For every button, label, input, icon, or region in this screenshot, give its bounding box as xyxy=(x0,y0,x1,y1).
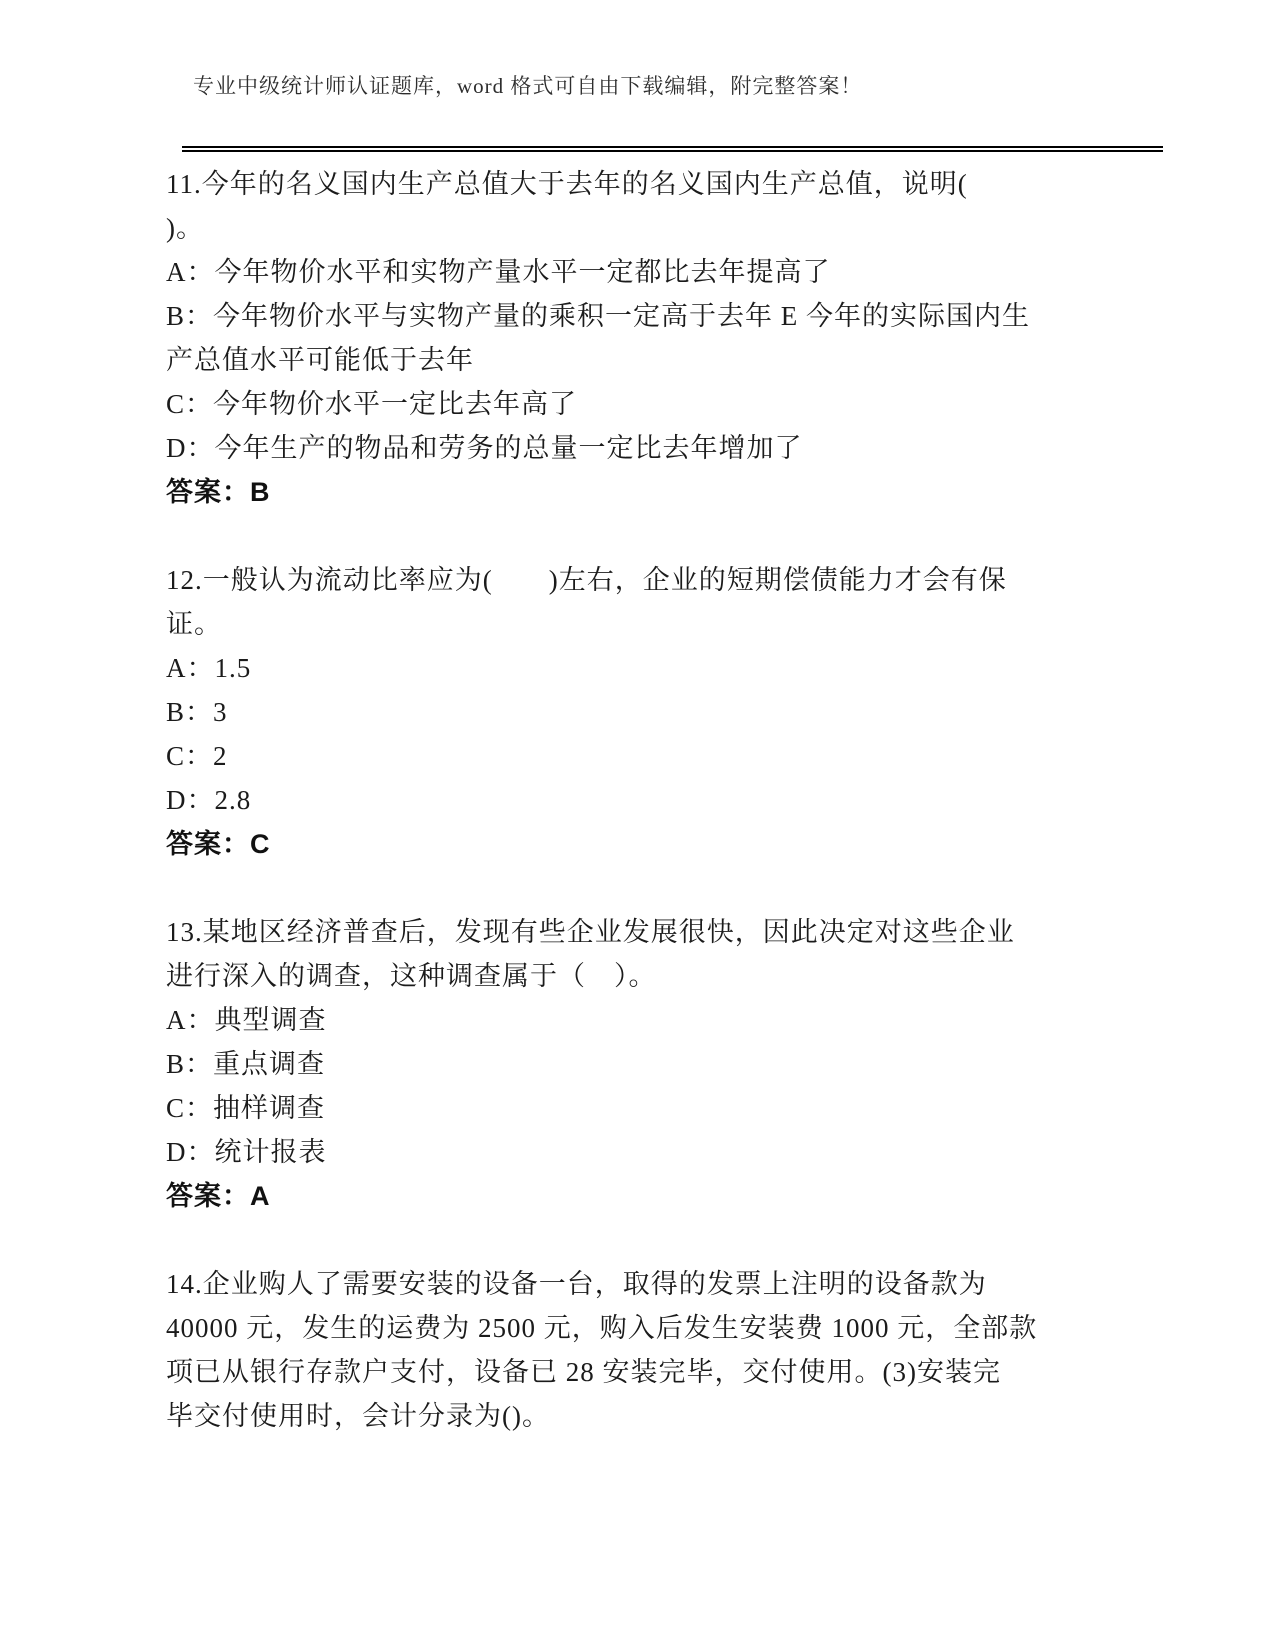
question-13-stem: 13.某地区经济普查后，发现有些企业发展很快，因此决定对这些企业 进行深入的调查… xyxy=(166,910,1146,998)
question-12-stem: 12.一般认为流动比率应为( )左右，企业的短期偿债能力才会有保 证。 xyxy=(166,558,1146,646)
question-11-option-b: B：今年物价水平与实物产量的乘积一定高于去年 E 今年的实际国内生 产总值水平可… xyxy=(166,294,1146,382)
question-12-option-b: B：3 xyxy=(166,690,1146,734)
question-14: 14.企业购人了需要安装的设备一台，取得的发票上注明的设备款为 40000 元，… xyxy=(166,1262,1146,1438)
header-divider xyxy=(182,146,1163,152)
question-11-option-c: C：今年物价水平一定比去年高了 xyxy=(166,382,1146,426)
question-13: 13.某地区经济普查后，发现有些企业发展很快，因此决定对这些企业 进行深入的调查… xyxy=(166,910,1146,1218)
question-12-answer: 答案：C xyxy=(166,822,1146,866)
question-11-option-a: A：今年物价水平和实物产量水平一定都比去年提高了 xyxy=(166,250,1146,294)
question-11-option-d: D：今年生产的物品和劳务的总量一定比去年增加了 xyxy=(166,426,1146,470)
question-12-option-a: A：1.5 xyxy=(166,646,1146,690)
question-11-answer: 答案：B xyxy=(166,470,1146,514)
question-13-option-d: D：统计报表 xyxy=(166,1130,1146,1174)
question-14-stem: 14.企业购人了需要安装的设备一台，取得的发票上注明的设备款为 40000 元，… xyxy=(166,1262,1146,1438)
question-12-option-c: C：2 xyxy=(166,734,1146,778)
page-header-text: 专业中级统计师认证题库，word 格式可自由下载编辑，附完整答案！ xyxy=(193,72,862,100)
question-11: 11.今年的名义国内生产总值大于去年的名义国内生产总值，说明( )。 A：今年物… xyxy=(166,162,1146,514)
question-12: 12.一般认为流动比率应为( )左右，企业的短期偿债能力才会有保 证。 A：1.… xyxy=(166,558,1146,866)
question-13-answer: 答案：A xyxy=(166,1174,1146,1218)
question-13-option-c: C：抽样调查 xyxy=(166,1086,1146,1130)
question-13-option-b: B：重点调查 xyxy=(166,1042,1146,1086)
question-13-option-a: A：典型调查 xyxy=(166,998,1146,1042)
question-12-option-d: D：2.8 xyxy=(166,778,1146,822)
document-content: 11.今年的名义国内生产总值大于去年的名义国内生产总值，说明( )。 A：今年物… xyxy=(166,162,1146,1482)
document-page: 专业中级统计师认证题库，word 格式可自由下载编辑，附完整答案！ 11.今年的… xyxy=(0,0,1275,1650)
question-11-stem: 11.今年的名义国内生产总值大于去年的名义国内生产总值，说明( )。 xyxy=(166,162,1146,250)
